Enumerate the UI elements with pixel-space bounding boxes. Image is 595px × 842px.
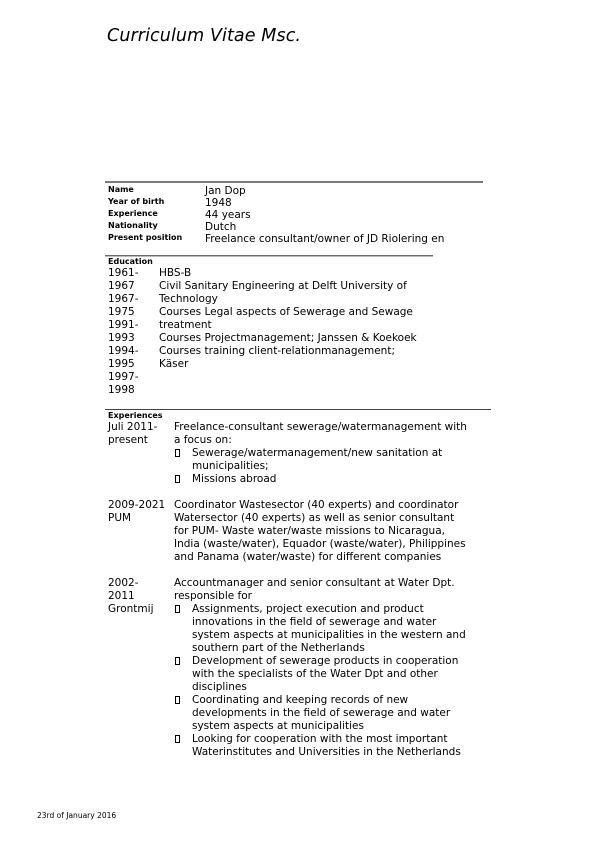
bullet-item: Sewerage/watermanagement/new sanitation … <box>174 447 494 473</box>
education-year: 1975 <box>108 306 158 319</box>
education-item: treatment <box>159 319 449 332</box>
education-heading: Education <box>108 257 153 266</box>
education-year: 1993 <box>108 332 158 345</box>
bullet-text-line: Development of sewerage products in coop… <box>192 655 494 668</box>
info-label: Year of birth <box>108 196 205 208</box>
bullet-text-line: Coordinating and keeping records of new <box>192 694 494 707</box>
bullet-item: Coordinating and keeping records of newd… <box>174 694 494 733</box>
experiences-heading: Experiences <box>108 411 163 420</box>
info-row-nationality: Nationality Dutch <box>108 220 444 232</box>
experience-period-line: Juli 2011- <box>108 421 174 434</box>
divider-experiences <box>105 409 491 410</box>
bullet-item: Assignments, project execution and produ… <box>174 603 494 655</box>
bullet-item: Development of sewerage products in coop… <box>174 655 494 694</box>
experience-text-line: a focus on: <box>174 434 494 447</box>
education-descriptions: HBS-BCivil Sanitary Engineering at Delft… <box>159 267 449 371</box>
footer-date: 23rd of January 2016 <box>37 811 116 820</box>
education-item: Technology <box>159 293 449 306</box>
experience-text-line: India (waste/water), Equador (waste/wate… <box>174 538 494 551</box>
info-value: 1948 <box>205 197 232 209</box>
experience-description: Coordinator Wastesector (40 experts) and… <box>174 499 494 564</box>
experience-period: Juli 2011-present <box>108 421 174 447</box>
divider-education <box>105 255 433 257</box>
experience-text-line: Accountmanager and senior consultant at … <box>174 577 494 590</box>
bullet-text-line: southern part of the Netherlands <box>192 642 494 655</box>
personal-info: Name Jan Dop Year of birth 1948 Experien… <box>108 184 444 244</box>
bullet-box-icon <box>175 449 180 457</box>
bullet-text-line: Waterinstitutes and Universities in the … <box>192 746 494 759</box>
divider-personal <box>105 181 483 183</box>
experience-description: Accountmanager and senior consultant at … <box>174 577 494 759</box>
education-item: HBS-B <box>159 267 449 280</box>
bullet-text-line: Sewerage/watermanagement/new sanitation … <box>192 447 494 460</box>
experience-text-line: Coordinator Wastesector (40 experts) and… <box>174 499 494 512</box>
bullet-text-line: Looking for cooperation with the most im… <box>192 733 494 746</box>
experience-period-line: 2009-2021 <box>108 499 174 512</box>
experience-period-line: 2011 <box>108 590 174 603</box>
education-year: 1961- <box>108 267 158 280</box>
bullet-text-line: innovations in the field of sewerage and… <box>192 616 494 629</box>
experience-text-line: responsible for <box>174 590 494 603</box>
document-title: Curriculum Vitae Msc. <box>107 26 301 46</box>
experience-period-line: present <box>108 434 174 447</box>
info-label: Present position <box>108 232 205 244</box>
experience-text-line: and Panama (water/waste) for different c… <box>174 551 494 564</box>
bullet-box-icon <box>175 475 180 483</box>
experience-period-line: Grontmij <box>108 603 174 616</box>
education-year: 1995 <box>108 358 158 371</box>
education-year: 1991- <box>108 319 158 332</box>
info-value: Freelance consultant/owner of JD Rioleri… <box>205 233 444 245</box>
education-item: Courses training client-relationmanageme… <box>159 345 449 358</box>
bullet-box-icon <box>175 657 180 665</box>
info-row-year-of-birth: Year of birth 1948 <box>108 196 444 208</box>
education-item: Civil Sanitary Engineering at Delft Univ… <box>159 280 449 293</box>
bullet-text-line: Missions abroad <box>192 473 494 486</box>
experience-text-line: Freelance-consultant sewerage/watermanag… <box>174 421 494 434</box>
education-year: 1967- <box>108 293 158 306</box>
experience-text-line: for PUM- Waste water/waste missions to N… <box>174 525 494 538</box>
info-row-name: Name Jan Dop <box>108 184 444 196</box>
experience-period-line: PUM <box>108 512 174 525</box>
education-year: 1967 <box>108 280 158 293</box>
info-value: Jan Dop <box>205 185 246 197</box>
info-value: Dutch <box>205 221 236 233</box>
education-year: 1994- <box>108 345 158 358</box>
education-years: 1961-19671967-19751991-19931994-19951997… <box>108 267 158 397</box>
bullet-text-line: municipalities; <box>192 460 494 473</box>
bullet-item: Looking for cooperation with the most im… <box>174 733 494 759</box>
bullet-item: Missions abroad <box>174 473 494 486</box>
bullet-box-icon <box>175 696 180 704</box>
bullet-text-line: with the specialists of the Water Dpt an… <box>192 668 494 681</box>
education-item: Käser <box>159 358 449 371</box>
education-item: Courses Projectmanagement; Janssen & Koe… <box>159 332 449 345</box>
info-value: 44 years <box>205 209 251 221</box>
experience-period-line: 2002- <box>108 577 174 590</box>
info-label: Nationality <box>108 220 205 232</box>
bullet-text-line: disciplines <box>192 681 494 694</box>
experience-period: 2002-2011Grontmij <box>108 577 174 616</box>
bullet-box-icon <box>175 735 180 743</box>
bullet-text-line: system aspects at municipalities in the … <box>192 629 494 642</box>
education-year: 1998 <box>108 384 158 397</box>
bullet-text-line: Assignments, project execution and produ… <box>192 603 494 616</box>
education-year: 1997- <box>108 371 158 384</box>
education-item: Courses Legal aspects of Sewerage and Se… <box>159 306 449 319</box>
info-label: Name <box>108 184 205 196</box>
info-row-experience: Experience 44 years <box>108 208 444 220</box>
bullet-box-icon <box>175 605 180 613</box>
experience-period: 2009-2021PUM <box>108 499 174 525</box>
experience-description: Freelance-consultant sewerage/watermanag… <box>174 421 494 486</box>
bullet-text-line: developments in the field of sewerage an… <box>192 707 494 720</box>
experience-text-line: Watersector (40 experts) as well as seni… <box>174 512 494 525</box>
bullet-text-line: system aspects at municipalities <box>192 720 494 733</box>
info-row-present-position: Present position Freelance consultant/ow… <box>108 232 444 244</box>
info-label: Experience <box>108 208 205 220</box>
